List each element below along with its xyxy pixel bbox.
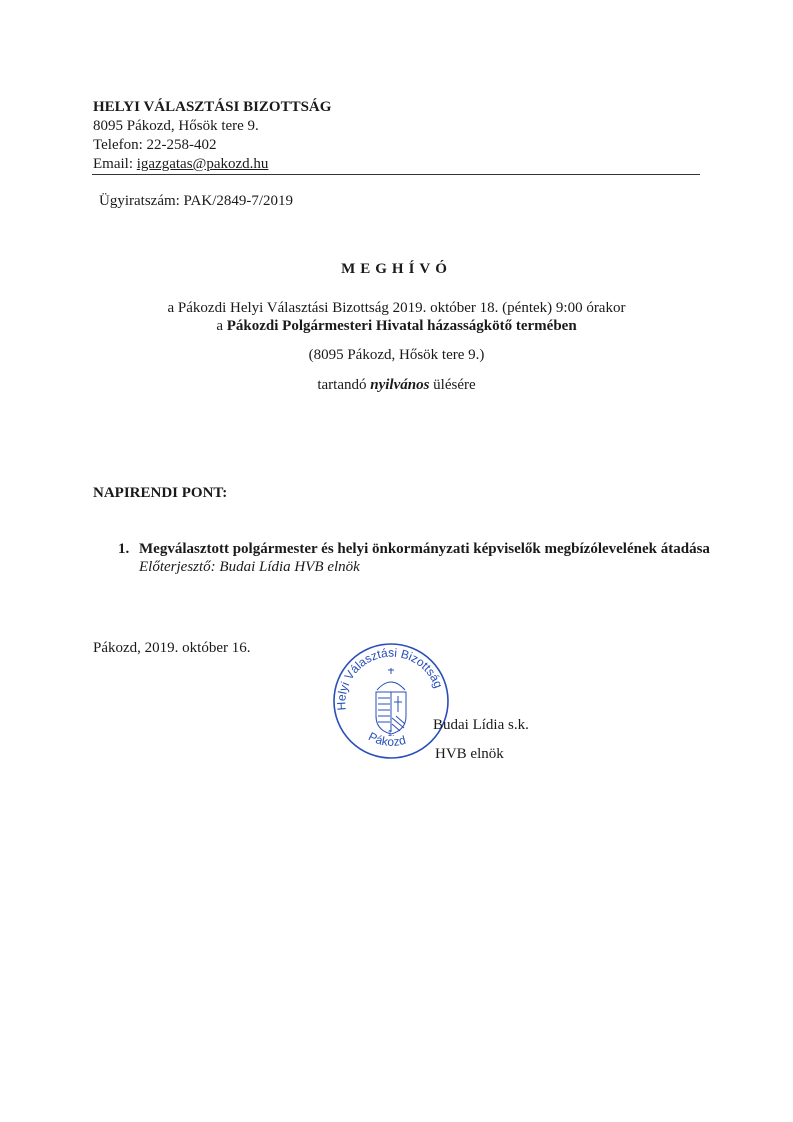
- stamp-ring-text: Helyi Választási Bizottság: [334, 646, 445, 711]
- invitation-line-2: a Pákozdi Polgármesteri Hivatal házasság…: [0, 318, 793, 335]
- svg-text:Helyi Választási Bizottság: Helyi Választási Bizottság: [334, 646, 445, 711]
- agenda-item-text: Megválasztott polgármester és helyi önko…: [139, 540, 718, 558]
- letterhead: HELYI VÁLASZTÁSI BIZOTTSÁG 8095 Pákozd, …: [93, 98, 331, 174]
- agenda-item-number: 1.: [118, 540, 129, 558]
- address: 8095 Pákozd, Hősök tere 9.: [93, 117, 331, 136]
- coat-of-arms-icon: [376, 668, 406, 734]
- invitation-line-4-prefix: tartandó: [317, 377, 370, 393]
- agenda-heading: NAPIRENDI PONT:: [93, 485, 227, 502]
- venue-address: (8095 Pákozd, Hősök tere 9.): [0, 347, 793, 364]
- header-divider: [92, 174, 700, 175]
- reference-number: Ügyiratszám: PAK/2849-7/2019: [99, 193, 293, 210]
- email-label: Email:: [93, 156, 137, 172]
- public-emphasis: nyilvános: [370, 377, 429, 393]
- place-and-date: Pákozd, 2019. október 16.: [93, 640, 250, 657]
- agenda-item-presenter: Előterjesztő: Budai Lídia HVB elnök: [139, 558, 718, 576]
- official-stamp: Helyi Választási Bizottság Pákozd 1.: [330, 640, 452, 762]
- invitation-line-1: a Pákozdi Helyi Választási Bizottság 201…: [0, 300, 793, 317]
- agenda-item: 1. Megválasztott polgármester és helyi ö…: [118, 540, 718, 576]
- organization-name: HELYI VÁLASZTÁSI BIZOTTSÁG: [93, 98, 331, 117]
- signatory-role: HVB elnök: [435, 746, 504, 763]
- invitation-line-4: tartandó nyilvános ülésére: [0, 377, 793, 394]
- document-title: MEGHÍVÓ: [0, 261, 793, 278]
- signatory-name: Budai Lídia s.k.: [433, 717, 529, 734]
- invitation-line-4-suffix: ülésére: [429, 377, 475, 393]
- email-link[interactable]: igazgatas@pakozd.hu: [137, 156, 269, 172]
- invitation-line-2-prefix: a: [216, 318, 226, 334]
- venue: Pákozdi Polgármesteri Hivatal házasságkö…: [227, 318, 577, 334]
- phone: Telefon: 22-258-402: [93, 136, 331, 155]
- email-line: Email: igazgatas@pakozd.hu: [93, 155, 331, 174]
